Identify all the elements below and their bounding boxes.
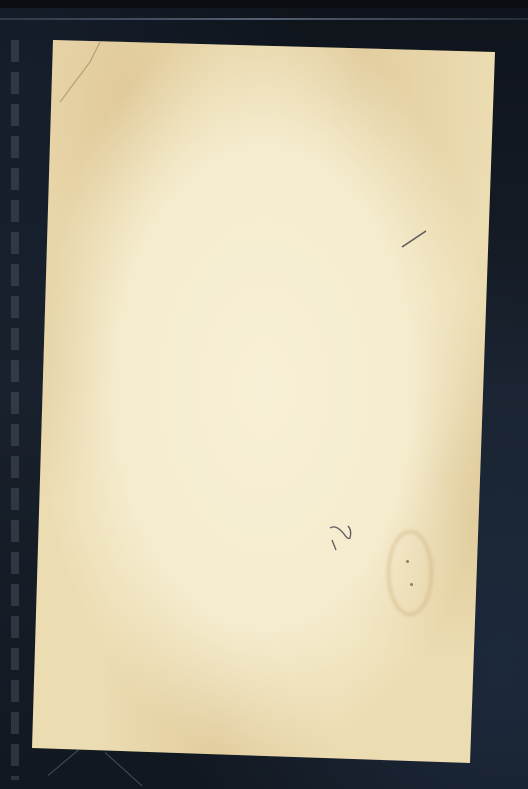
handwritten-number-2 (322, 520, 362, 560)
pencil-stroke (400, 228, 430, 250)
scanner-edge-line (0, 18, 528, 20)
scanner-top-band (0, 0, 528, 8)
speck (410, 583, 413, 586)
scanner-ruler-marks (11, 40, 19, 780)
speck (406, 560, 409, 563)
water-stain (387, 530, 433, 616)
aged-card-back (32, 40, 496, 764)
